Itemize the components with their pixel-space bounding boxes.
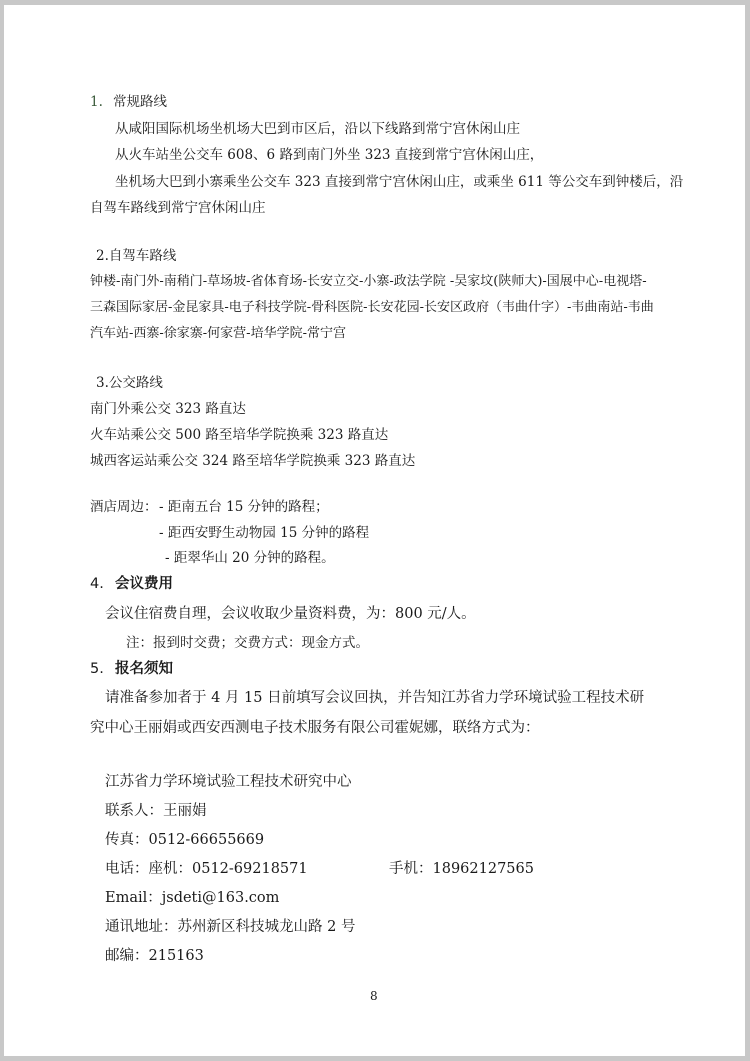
section-3-heading: 3.公交路线 [96, 374, 163, 392]
section-5-number: 5. [90, 660, 104, 678]
section-2-line-2: 三森国际家居-金昆家具-电子科技学院-骨科医院-长安花园-长安区政府（韦曲什字）… [90, 299, 654, 317]
section-5-body-line-1: 请准备参加者于 4 月 15 日前填写会议回执，并告知江苏省力学环境试验工程技术… [105, 689, 644, 707]
section-5-heading: 报名须知 [115, 660, 173, 678]
contact-address: 通讯地址：苏州新区科技城龙山路 2 号 [105, 918, 355, 936]
section-1-line-1: 从咸阳国际机场坐机场大巴到市区后，沿以下线路到常宁宫休闲山庄 [115, 120, 520, 138]
document-page: 1. 常规路线 从咸阳国际机场坐机场大巴到市区后，沿以下线路到常宁宫休闲山庄 从… [4, 5, 745, 1056]
section-5-body-line-2: 究中心王丽娟或西安西测电子技术服务有限公司霍妮娜，联络方式为： [90, 719, 540, 737]
contact-mobile: 手机：18962127565 [389, 860, 534, 878]
section-2-line-1: 钟楼-南门外-南稍门-草场坡-省体育场-长安立交-小寨-政法学院 -吴家坟(陕师… [90, 273, 647, 291]
section-3-line-2: 火车站乘公交 500 路至培华学院换乘 323 路直达 [90, 426, 388, 444]
section-4-body: 会议住宿费自理，会议收取少量资料费，为：800 元/人。 [105, 605, 476, 623]
section-1-heading: 常规路线 [113, 93, 167, 111]
section-2-heading: 2.自驾车路线 [96, 247, 176, 265]
section-1-line-3: 坐机场大巴到小寨乘坐公交车 323 直接到常宁宫休闲山庄，或乘坐 611 等公交… [115, 173, 683, 191]
section-4-heading: 会议费用 [115, 575, 173, 593]
contact-organization: 江苏省力学环境试验工程技术研究中心 [105, 773, 352, 791]
section-1-line-2: 从火车站坐公交车 608、6 路到南门外坐 323 直接到常宁宫休闲山庄， [115, 146, 543, 164]
contact-person: 联系人：王丽娟 [105, 802, 207, 820]
contact-fax: 传真：0512-66655669 [105, 831, 264, 849]
section-4-number: 4. [90, 575, 104, 593]
section-1-line-4: 自驾车路线到常宁宫休闲山庄 [90, 199, 266, 217]
hotel-label: 酒店周边： [90, 498, 158, 516]
contact-email: Email：jsdeti@163.com [105, 889, 279, 907]
section-2-line-3: 汽车站-西寨-徐家寨-何家营-培华学院-常宁宫 [90, 325, 346, 343]
section-1-number: 1. [90, 93, 103, 111]
page-number: 8 [370, 987, 378, 1005]
hotel-item-1: - 距南五台 15 分钟的路程； [159, 498, 329, 516]
section-3-line-3: 城西客运站乘公交 324 路至培华学院换乘 323 路直达 [90, 452, 415, 470]
contact-phone: 电话：座机：0512-69218571 [105, 860, 308, 878]
section-3-line-1: 南门外乘公交 323 路直达 [90, 400, 246, 418]
hotel-item-2: - 距西安野生动物园 15 分钟的路程 [159, 524, 369, 542]
contact-postcode: 邮编：215163 [105, 947, 204, 965]
hotel-item-3: - 距翠华山 20 分钟的路程。 [165, 549, 335, 567]
section-4-note: 注：报到时交费；交费方式：现金方式。 [126, 634, 369, 652]
